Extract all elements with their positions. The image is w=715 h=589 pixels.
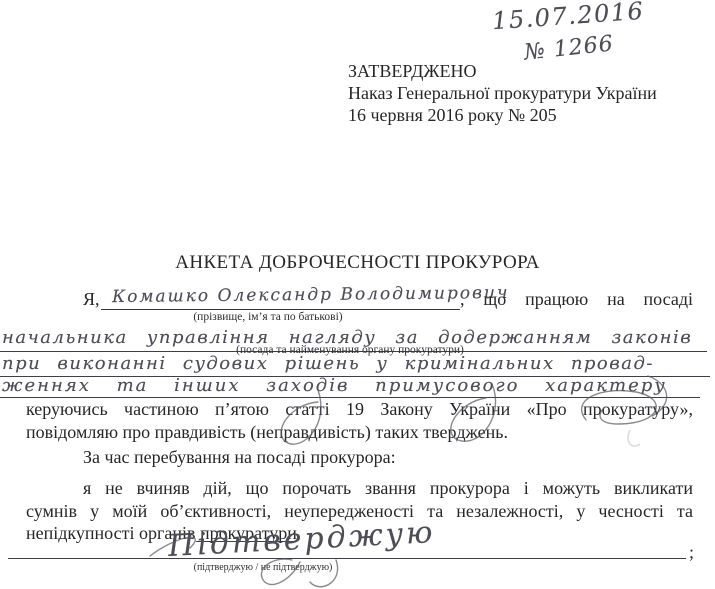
statement-line-1: я не вчиняв дій, що порочать звання прок…	[83, 477, 693, 499]
approval-title: ЗАТВЕРДЖЕНО	[348, 60, 657, 82]
period-heading: За час перебування на посаді прокурора:	[83, 446, 396, 468]
handwritten-name: Комашко Олександр Володимирович	[112, 283, 510, 307]
document-title: АНКЕТА ДОБРОЧЕСНОСТІ ПРОКУРОРА	[0, 252, 715, 274]
intro-suffix: , що працюю на посаді	[460, 288, 693, 310]
scanned-document-page: 15.07.2016 № 1266 ЗАТВЕРДЖЕНО Наказ Гене…	[0, 0, 715, 589]
confirmation-rule-line	[8, 558, 686, 559]
handwritten-position-line-2: при виконанні судових рішень у криміналь…	[2, 353, 654, 374]
legal-line-1: керуючись частиною п’ятою статті 19 Зако…	[26, 398, 693, 420]
approval-date-line: 16 червня 2016 року № 205	[348, 104, 657, 126]
approval-stamp-block: ЗАТВЕРДЖЕНО Наказ Генеральної прокуратур…	[348, 60, 657, 126]
name-underline	[101, 309, 460, 310]
faint-smudge	[628, 430, 640, 446]
intro-prefix: Я,	[83, 288, 100, 310]
approval-order-line: Наказ Генеральної прокуратури України	[348, 82, 657, 104]
name-caption: (прізвище, ім’я та по батькові)	[123, 311, 413, 323]
handwritten-date: 15.07.2016	[491, 0, 645, 35]
confirmation-punctuation: ;	[689, 541, 694, 563]
confirmation-caption: (підтверджую / не підтверджую)	[178, 562, 348, 573]
handwritten-position-line-3: женнях та інших заходів примусового хара…	[2, 375, 667, 396]
legal-line-2: повідомляю про правдивість (неправдивіст…	[26, 421, 508, 443]
